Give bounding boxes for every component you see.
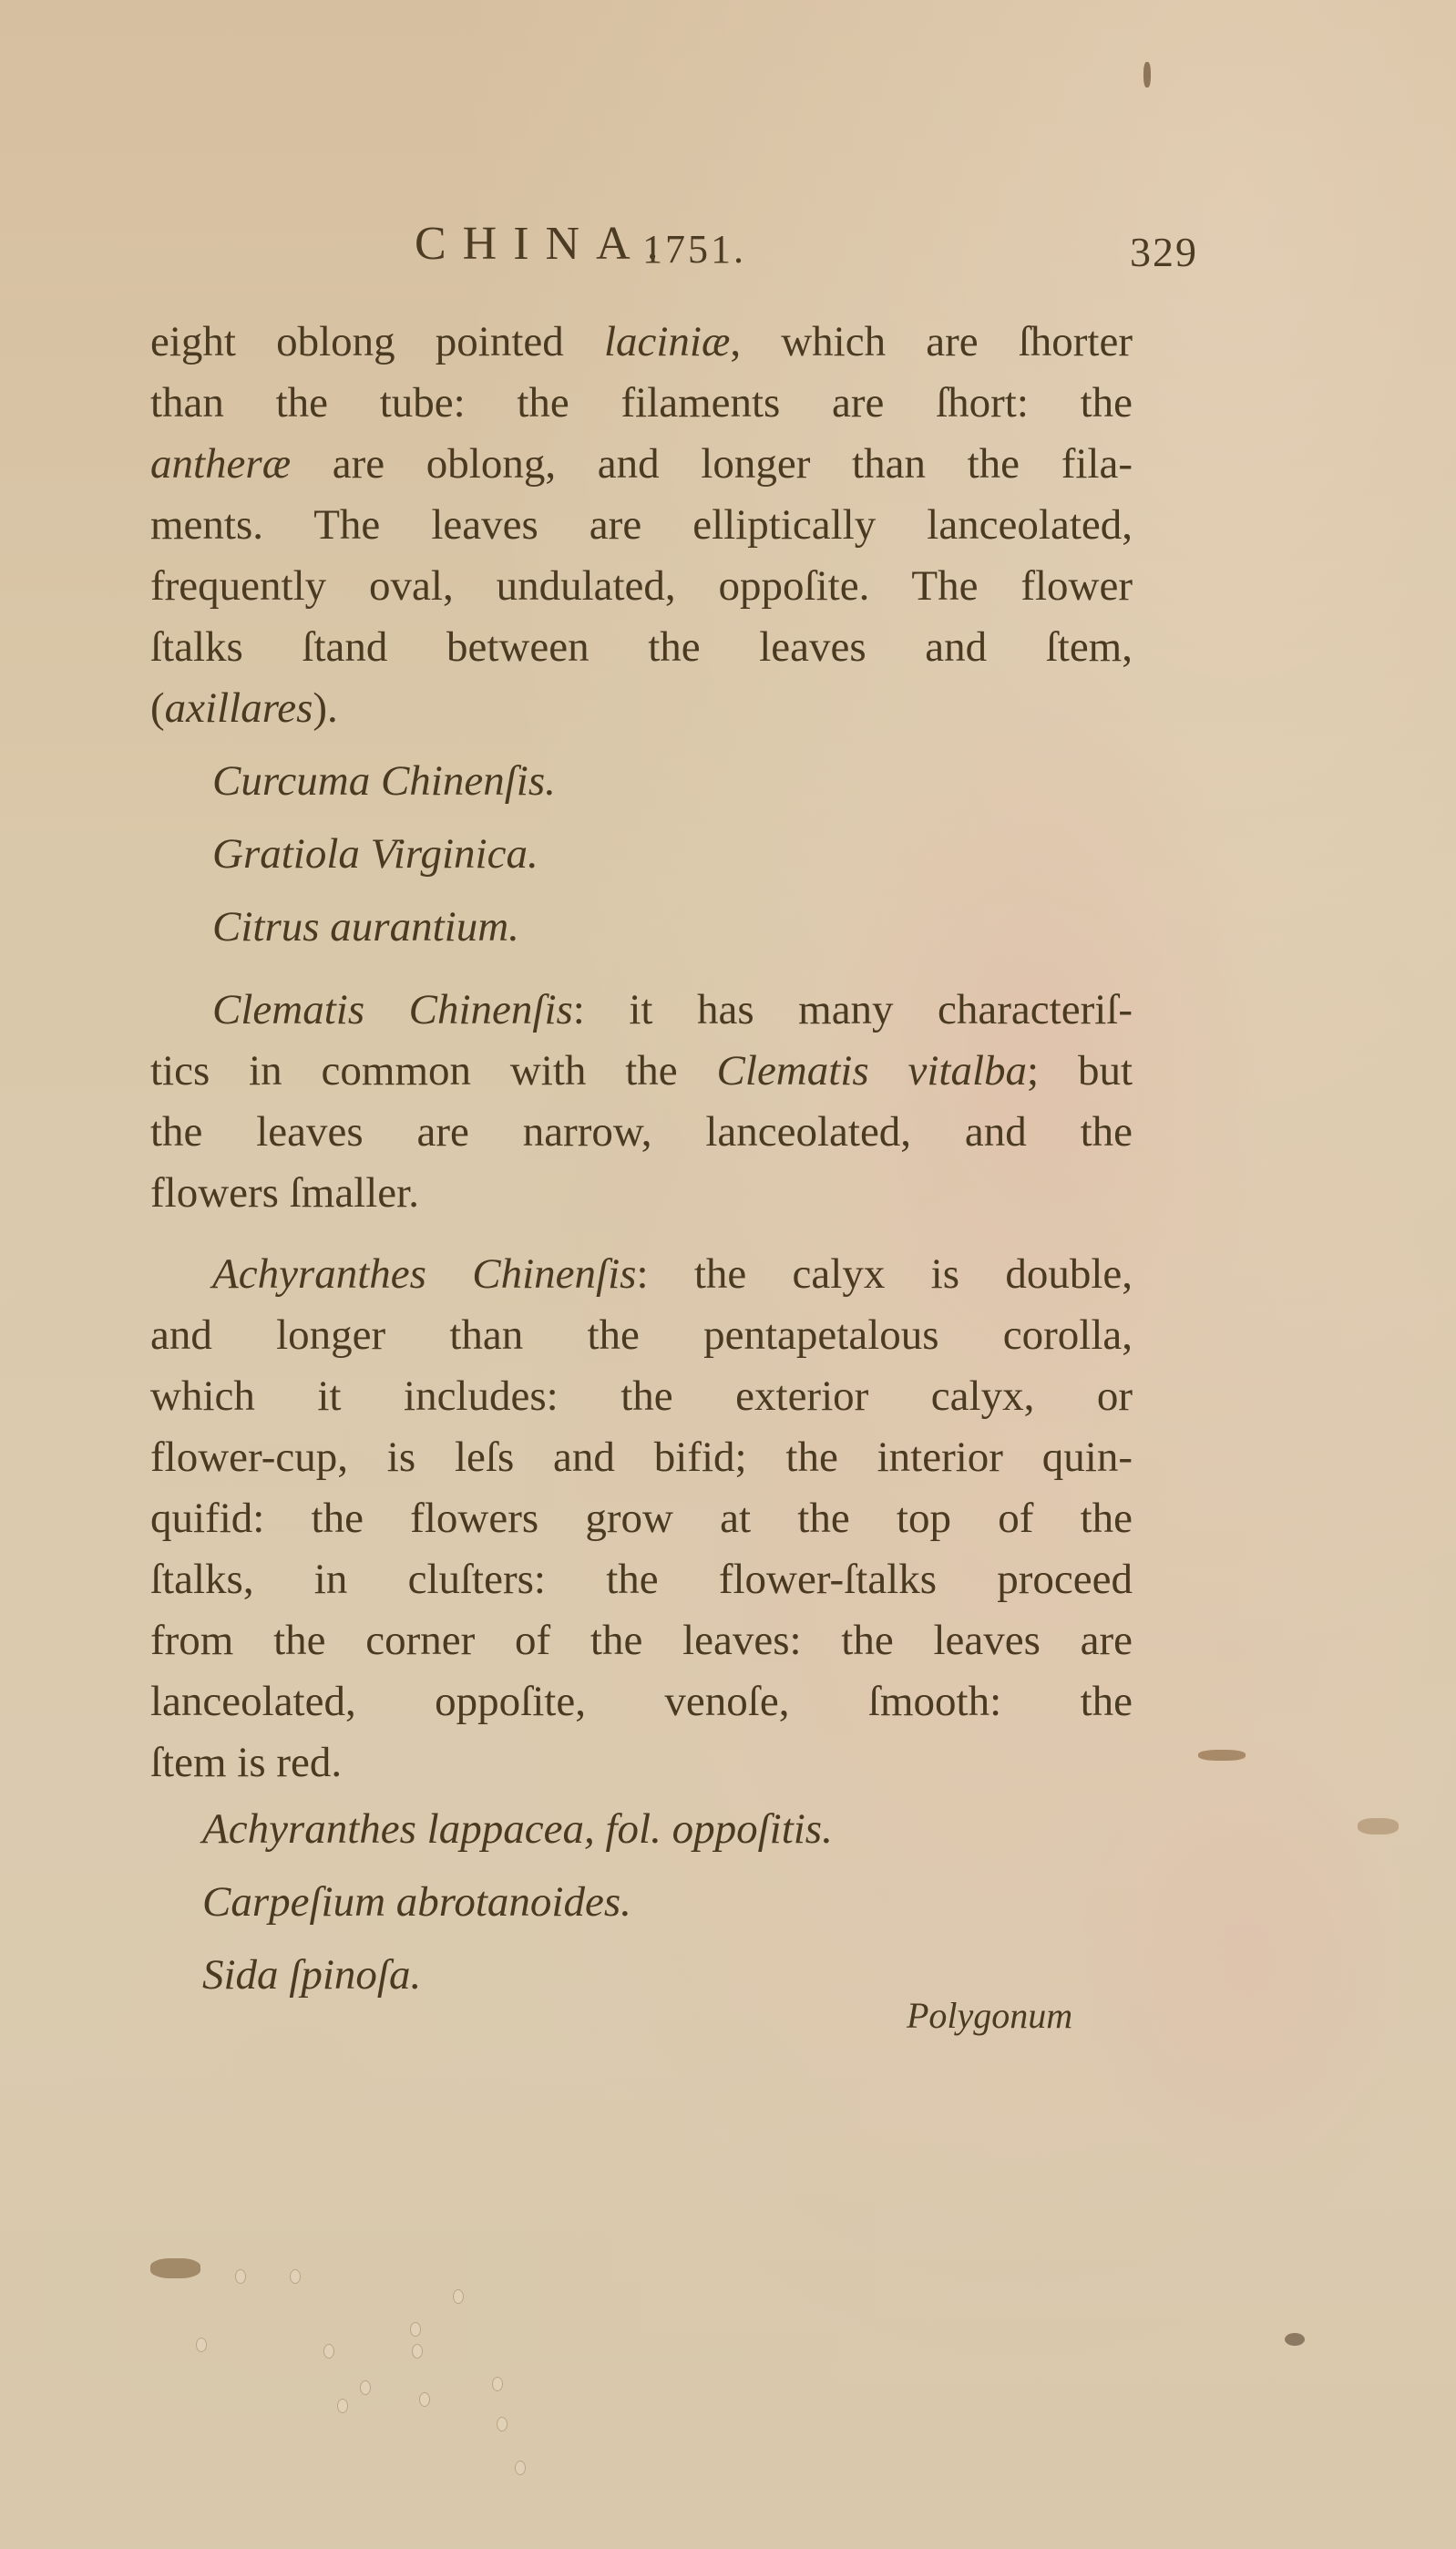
text-line: Clematis Chinenſis: it has many characte… (150, 980, 1133, 1041)
paragraph-clematis-chinensis: Clematis Chinenſis: it has many characte… (150, 980, 1133, 1224)
text-run: : the calyx is double, (636, 1250, 1133, 1298)
text-run: ; but (1027, 1047, 1133, 1095)
text-line: and longer than the pentapetalous coroll… (150, 1305, 1133, 1366)
book-page: CHINA. 1751. 329 eight oblong pointed la… (0, 0, 1456, 2549)
species-entry: Citrus aurantium. (212, 902, 519, 951)
species-entry: Sida ſpinoſa. (202, 1950, 421, 1999)
paper-dot (235, 2269, 246, 2284)
species-entry: Carpeſium abrotanoides. (202, 1877, 631, 1927)
paragraph-achyranthes-chinensis: Achyranthes Chinenſis: the calyx is doub… (150, 1244, 1133, 1794)
text-run: ments. The leaves are elliptically lance… (150, 501, 1133, 549)
text-run: ſtalks ſtand between the leaves and ſtem… (150, 623, 1133, 671)
text-line: ments. The leaves are elliptically lance… (150, 495, 1133, 556)
text-run: , which are ſhorter (730, 318, 1133, 365)
paper-hole (150, 2258, 200, 2278)
paper-blemish (1143, 62, 1151, 87)
text-run: are oblong, and longer than the fila- (291, 440, 1133, 488)
page-number: 329 (1130, 228, 1198, 276)
paper-stain (1075, 1732, 1421, 2187)
text-run: which it includes: the exterior calyx, o… (150, 1372, 1133, 1420)
paper-dot (515, 2461, 526, 2475)
text-line: flower-cup, is leſs and bifid; the inter… (150, 1427, 1133, 1488)
text-line: (axillares). (150, 678, 1133, 739)
text-run: ſtem is red. (150, 1739, 342, 1786)
text-run: ſtalks, in cluſters: the flower-ſtalks p… (150, 1556, 1133, 1603)
text-run: ). (313, 684, 337, 732)
text-run: : it has many characteriſ- (573, 986, 1133, 1033)
paper-dot (492, 2377, 503, 2391)
species-entry: Achyranthes lappacea, fol. oppoſitis. (202, 1804, 833, 1854)
text-line: tics in common with the Clematis vitalba… (150, 1041, 1133, 1102)
italic-term: laciniæ (604, 318, 730, 365)
running-head: CHINA. 1751. 329 (415, 217, 1198, 281)
running-head-year: 1751. (642, 226, 746, 272)
species-entry: Gratiola Virginica. (212, 829, 538, 879)
paper-dot (290, 2269, 301, 2284)
text-line: than the tube: the filaments are ſhort: … (150, 373, 1133, 434)
text-run: than the tube: the filaments are ſhort: … (150, 379, 1133, 427)
catchword: Polygonum (907, 1994, 1072, 2037)
running-head-title: CHINA. (415, 217, 675, 271)
italic-term: antheræ (150, 440, 291, 488)
text-line: lanceolated, oppoſite, venoſe, ſmooth: t… (150, 1671, 1133, 1732)
italic-term: axillares (165, 684, 313, 732)
text-line: Achyranthes Chinenſis: the calyx is doub… (150, 1244, 1133, 1305)
text-run: frequently oval, undulated, oppoſite. Th… (150, 562, 1133, 610)
italic-term: Clematis vitalba (717, 1047, 1028, 1095)
text-line: ſtem is red. (150, 1732, 1133, 1794)
text-run: flowers ſmaller. (150, 1169, 419, 1217)
italic-term: Achyranthes Chinenſis (212, 1250, 636, 1298)
paper-dot (419, 2392, 430, 2407)
text-line: quifid: the flowers grow at the top of t… (150, 1488, 1133, 1549)
text-run: lanceolated, oppoſite, venoſe, ſmooth: t… (150, 1678, 1133, 1725)
text-line: ſtalks, in cluſters: the flower-ſtalks p… (150, 1549, 1133, 1610)
paper-dot (337, 2399, 348, 2413)
text-run: quifid: the flowers grow at the top of t… (150, 1495, 1133, 1542)
text-run: from the corner of the leaves: the leave… (150, 1617, 1133, 1664)
text-line: which it includes: the exterior calyx, o… (150, 1366, 1133, 1427)
text-run: ( (150, 684, 165, 732)
species-entry: Curcuma Chinenſis. (212, 756, 556, 806)
text-line: ſtalks ſtand between the leaves and ſtem… (150, 617, 1133, 678)
text-line: from the corner of the leaves: the leave… (150, 1610, 1133, 1671)
paper-dot (412, 2344, 423, 2359)
paper-dot (196, 2338, 207, 2352)
text-run: tics in common with the (150, 1047, 717, 1095)
italic-term: Clematis Chinenſis (212, 986, 573, 1033)
paper-dot (497, 2417, 508, 2431)
paper-blemish (1358, 1818, 1399, 1835)
text-run: and longer than the pentapetalous coroll… (150, 1311, 1133, 1359)
paper-dot (360, 2380, 371, 2395)
text-run: flower-cup, is leſs and bifid; the inter… (150, 1434, 1133, 1481)
paper-dot (410, 2322, 421, 2337)
text-line: frequently oval, undulated, oppoſite. Th… (150, 556, 1133, 617)
text-run: eight oblong pointed (150, 318, 604, 365)
text-run: the leaves are narrow, lanceolated, and … (150, 1108, 1133, 1156)
paper-blemish (1198, 1750, 1246, 1761)
paragraph-flower-description: eight oblong pointed laciniæ, which are … (150, 312, 1133, 739)
text-line: eight oblong pointed laciniæ, which are … (150, 312, 1133, 373)
text-line: the leaves are narrow, lanceolated, and … (150, 1102, 1133, 1163)
paper-dot (453, 2289, 464, 2304)
text-line: flowers ſmaller. (150, 1163, 1133, 1224)
text-line: antheræ are oblong, and longer than the … (150, 434, 1133, 495)
paper-blemish (1285, 2333, 1305, 2346)
paper-dot (323, 2344, 334, 2359)
